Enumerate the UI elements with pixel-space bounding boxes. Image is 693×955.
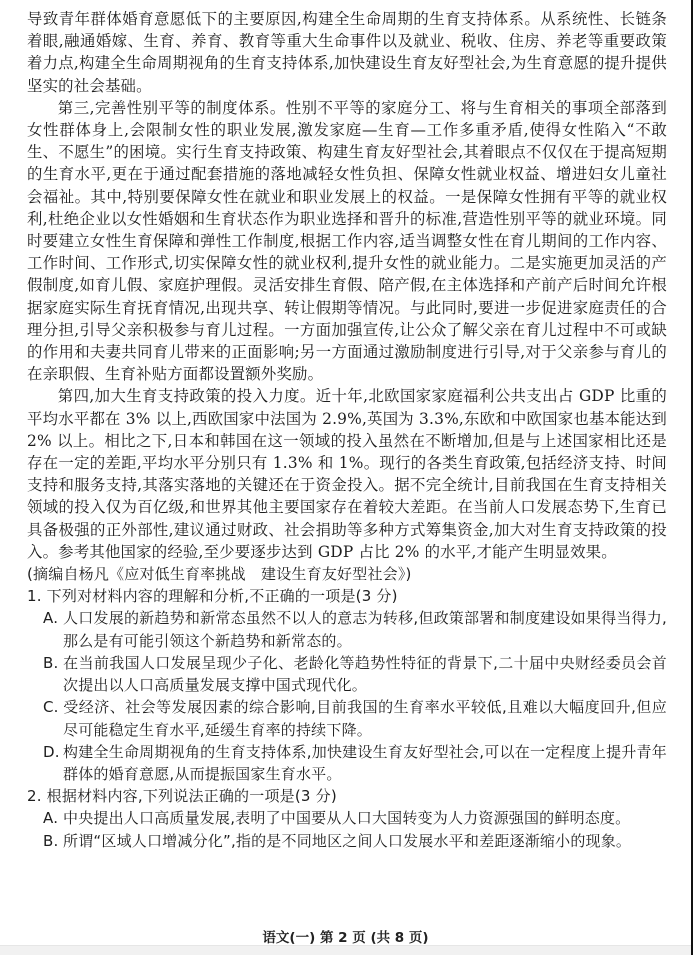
option-a: A.中央提出人口高质量发展,表明了中国要从人口大国转变为人力资源强国的鲜明态度。	[27, 807, 667, 829]
option-text: 人口发展的新趋势和新常态虽然不以人的意志为转移,但政策部署和制度建设如果得当得力…	[63, 609, 667, 649]
option-letter: A.	[43, 807, 63, 829]
exam-page: 导致青年群体婚育意愿低下的主要原因,构建全生命周期的生育支持体系。从系统性、长链…	[0, 0, 691, 946]
option-text: 中央提出人口高质量发展,表明了中国要从人口大国转变为人力资源强国的鲜明态度。	[63, 809, 630, 827]
option-letter: B.	[43, 652, 63, 674]
page-footer: 语文(一) 第 2 页 (共 8 页)	[0, 926, 691, 946]
question-stem: 2. 根据材料内容,下列说法正确的一项是(3 分)	[27, 785, 667, 807]
option-text: 受经济、社会等发展因素的综合影响,目前我国的生育率水平较低,且难以大幅度回升,但…	[63, 698, 667, 738]
option-c: C.受经济、社会等发展因素的综合影响,目前我国的生育率水平较低,且难以大幅度回升…	[27, 696, 667, 740]
question-1: 1. 下列对材料内容的理解和分析,不正确的一项是(3 分) A.人口发展的新趋势…	[27, 585, 667, 785]
option-text: 所谓“区域人口增减分化”,指的是不同地区之间人口发展水平和差距逐渐缩小的现象。	[63, 832, 631, 850]
option-letter: B.	[43, 830, 63, 852]
option-text: 在当前我国人口发展呈现少子化、老龄化等趋势性特征的背景下,二十届中央财经委员会首…	[63, 654, 667, 694]
page-content: 导致青年群体婚育意愿低下的主要原因,构建全生命周期的生育支持体系。从系统性、长链…	[27, 8, 667, 852]
question-stem: 1. 下列对材料内容的理解和分析,不正确的一项是(3 分)	[27, 585, 667, 607]
option-letter: A.	[43, 607, 63, 629]
viewer-bottom-edge	[0, 945, 691, 955]
option-a: A.人口发展的新趋势和新常态虽然不以人的意志为转移,但政策部署和制度建设如果得当…	[27, 607, 667, 651]
option-b: B.所谓“区域人口增减分化”,指的是不同地区之间人口发展水平和差距逐渐缩小的现象…	[27, 830, 667, 852]
paragraph-investment: 第四,加大生育支持政策的投入力度。近十年,北欧国家家庭福利公共支出占 GDP 比…	[27, 385, 667, 563]
option-b: B.在当前我国人口发展呈现少子化、老龄化等趋势性特征的背景下,二十届中央财经委员…	[27, 652, 667, 696]
option-letter: D.	[43, 741, 63, 763]
option-text: 构建全生命周期视角的生育支持体系,加快建设生育友好型社会,可以在一定程度上提升青…	[63, 743, 667, 783]
source-citation: (摘编自杨凡《应对低生育率挑战 建设生育友好型社会》)	[27, 563, 667, 585]
paragraph-continuation: 导致青年群体婚育意愿低下的主要原因,构建全生命周期的生育支持体系。从系统性、长链…	[27, 8, 667, 97]
question-2: 2. 根据材料内容,下列说法正确的一项是(3 分) A.中央提出人口高质量发展,…	[27, 785, 667, 852]
option-letter: C.	[43, 696, 63, 718]
paragraph-gender-equality: 第三,完善性别平等的制度体系。性别不平等的家庭分工、将与生育相关的事项全部落到女…	[27, 97, 667, 386]
option-d: D.构建全生命周期视角的生育支持体系,加快建设生育友好型社会,可以在一定程度上提…	[27, 741, 667, 785]
